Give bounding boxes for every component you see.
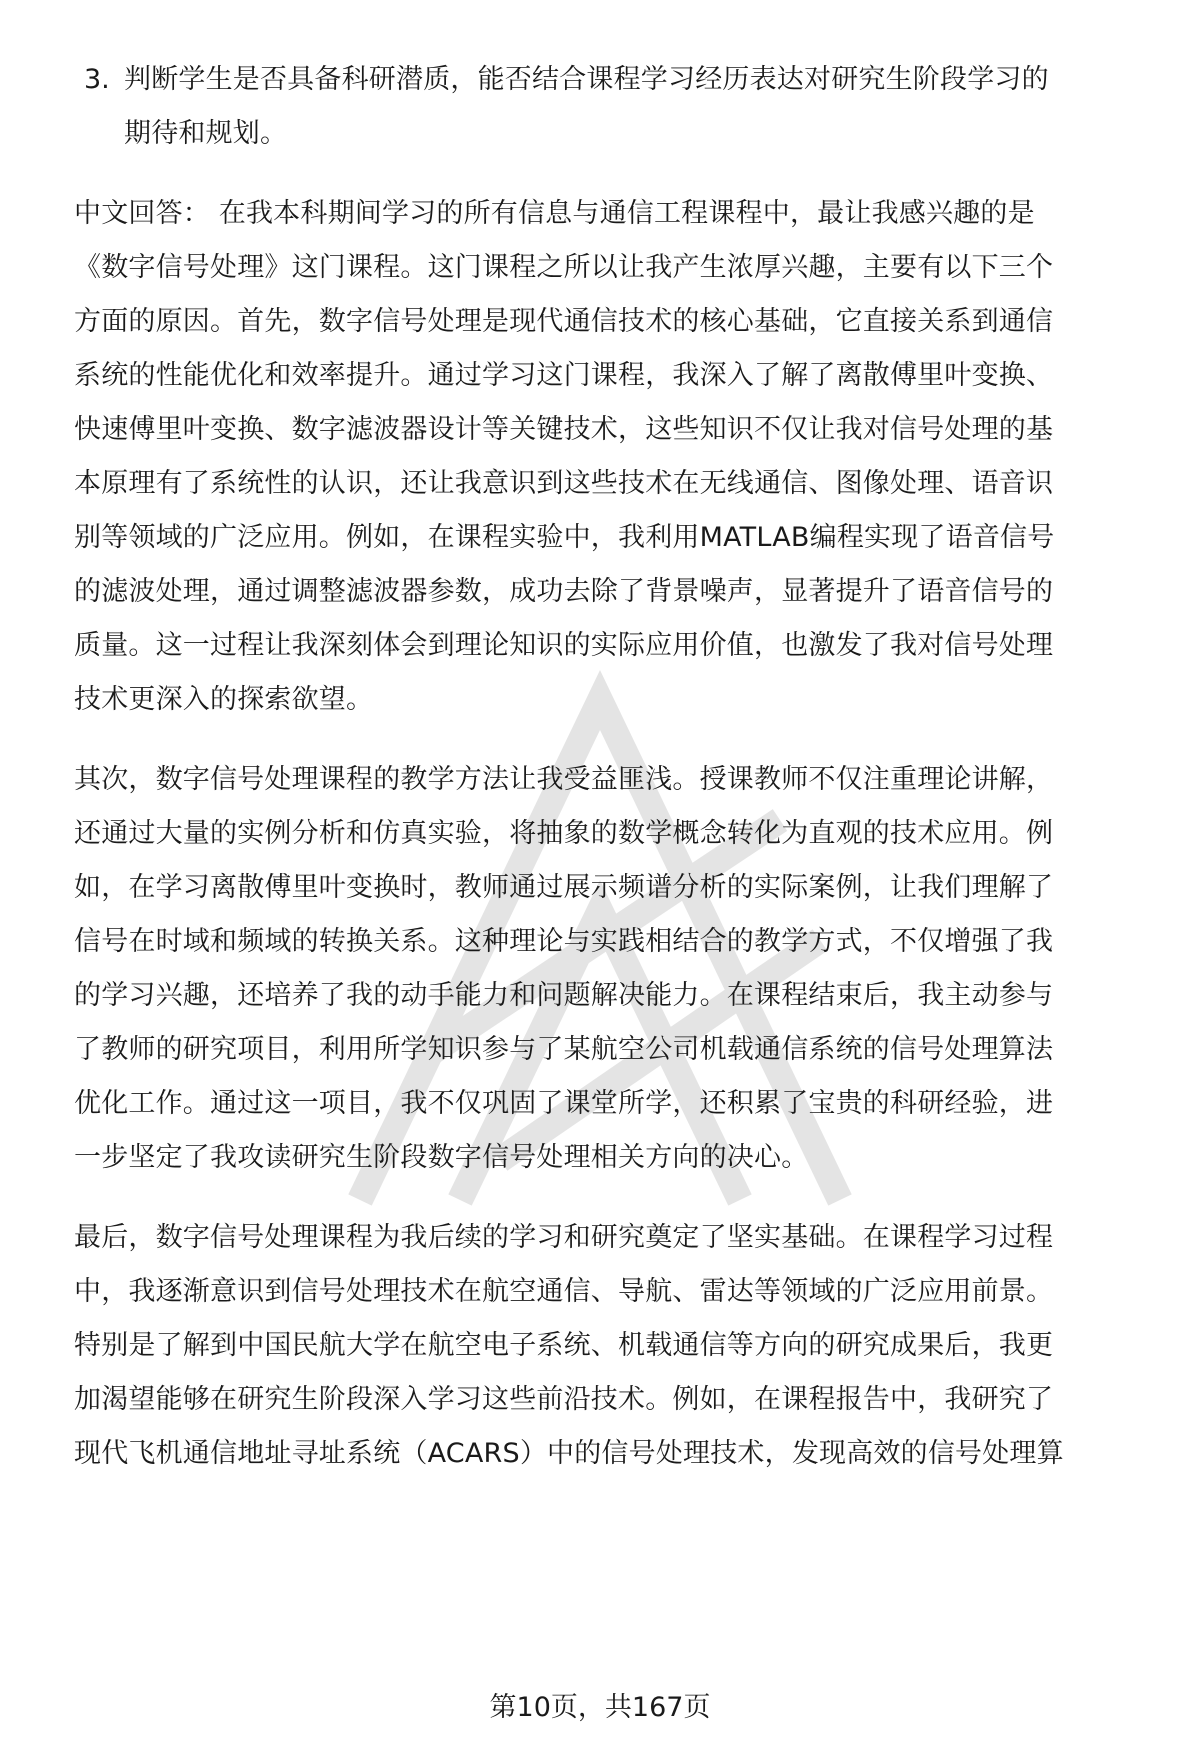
answer-line: 技术更深入的探索欲望。	[74, 682, 373, 718]
answer-line: 其次，数字信号处理课程的教学方法让我受益匪浅。授课教师不仅注重理论讲解，	[74, 762, 1053, 798]
list-item-number: 3.	[84, 62, 110, 98]
answer-line: 最后，数字信号处理课程为我后续的学习和研究奠定了坚实基础。在课程学习过程	[74, 1220, 1053, 1256]
answer-line: 的滤波处理，通过调整滤波器参数，成功去除了背景噪声，显著提升了语音信号的	[74, 574, 1053, 610]
question-line: 判断学生是否具备科研潜质，能否结合课程学习经历表达对研究生阶段学习的	[124, 62, 1049, 98]
answer-line: 中，我逐渐意识到信号处理技术在航空通信、导航、雷达等领域的广泛应用前景。	[74, 1274, 1053, 1310]
answer-line: 加渴望能够在研究生阶段深入学习这些前沿技术。例如，在课程报告中，我研究了	[74, 1382, 1053, 1418]
answer-line: 如，在学习离散傅里叶变换时，教师通过展示频谱分析的实际案例，让我们理解了	[74, 870, 1053, 906]
answer-line: 《数字信号处理》这门课程。这门课程之所以让我产生浓厚兴趣，主要有以下三个	[74, 250, 1053, 286]
page-indicator: 第10页，共167页	[0, 1690, 1200, 1726]
answer-line: 快速傅里叶变换、数字滤波器设计等关键技术，这些知识不仅让我对信号处理的基	[74, 412, 1053, 448]
answer-line: 还通过大量的实例分析和仿真实验，将抽象的数学概念转化为直观的技术应用。例	[74, 816, 1053, 852]
answer-line: 现代飞机通信地址寻址系统（ACARS）中的信号处理技术，发现高效的信号处理算	[74, 1436, 1064, 1472]
answer-line: 优化工作。通过这一项目，我不仅巩固了课堂所学，还积累了宝贵的科研经验，进	[74, 1086, 1053, 1122]
answer-line: 信号在时域和频域的转换关系。这种理论与实践相结合的教学方式，不仅增强了我	[74, 924, 1053, 960]
question-line: 期待和规划。	[124, 116, 287, 152]
answer-line: 方面的原因。首先，数字信号处理是现代通信技术的核心基础，它直接关系到通信	[74, 304, 1053, 340]
answer-line: 了教师的研究项目，利用所学知识参与了某航空公司机载通信系统的信号处理算法	[74, 1032, 1053, 1068]
answer-line: 一步坚定了我攻读研究生阶段数字信号处理相关方向的决心。	[74, 1140, 808, 1176]
answer-line: 质量。这一过程让我深刻体会到理论知识的实际应用价值，也激发了我对信号处理	[74, 628, 1053, 664]
document-page: 3. 判断学生是否具备科研潜质，能否结合课程学习经历表达对研究生阶段学习的 期待…	[0, 0, 1200, 1755]
answer-line: 的学习兴趣，还培养了我的动手能力和问题解决能力。在课程结束后，我主动参与	[74, 978, 1053, 1014]
answer-line: 系统的性能优化和效率提升。通过学习这门课程，我深入了解了离散傅里叶变换、	[74, 358, 1053, 394]
answer-line: 别等领域的广泛应用。例如，在课程实验中，我利用MATLAB编程实现了语音信号	[74, 520, 1054, 556]
answer-line: 本原理有了系统性的认识，还让我意识到这些技术在无线通信、图像处理、语音识	[74, 466, 1053, 502]
answer-line: 特别是了解到中国民航大学在航空电子系统、机载通信等方向的研究成果后，我更	[74, 1328, 1053, 1364]
answer-line: 中文回答： 在我本科期间学习的所有信息与通信工程课程中，最让我感兴趣的是	[74, 196, 1035, 232]
